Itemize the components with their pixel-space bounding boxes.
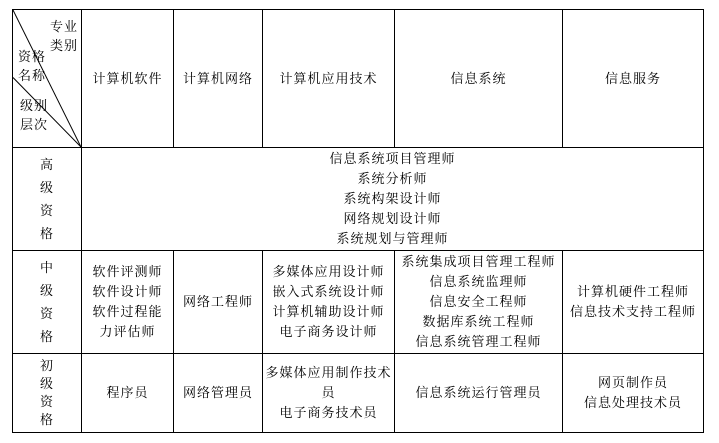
- header-information-service: 信息服务: [563, 10, 704, 148]
- junior-row: 初级资格 程序员 网络管理员 多媒体应用制作技术员 电子商务技术员 信息系统运行…: [13, 354, 704, 433]
- level-cell-senior: 高级资格: [13, 148, 82, 251]
- corner-cell: 专业类别 资格名称 级别层次: [13, 10, 82, 148]
- level-cell-junior: 初级资格: [13, 354, 82, 433]
- senior-row: 高级资格 信息系统项目管理师 系统分析师 系统构架设计师 网络规划设计师 系统规…: [13, 148, 704, 251]
- junior-software-cell: 程序员: [82, 354, 174, 433]
- mid-information-service-cell: 计算机硬件工程师 信息技术支持工程师: [563, 251, 704, 354]
- page-canvas: 专业类别 资格名称 级别层次 计算机软件 计算机网络 计算机应用技术 信息系统 …: [0, 0, 719, 443]
- level-label-junior: 初级资格: [40, 357, 55, 429]
- mid-information-system-cell: 系统集成项目管理工程师 信息系统监理师 信息安全工程师 数据库系统工程师 信息系…: [395, 251, 563, 354]
- header-row: 专业类别 资格名称 级别层次 计算机软件 计算机网络 计算机应用技术 信息系统 …: [13, 10, 704, 148]
- header-information-system: 信息系统: [395, 10, 563, 148]
- junior-application-cell: 多媒体应用制作技术员 电子商务技术员: [263, 354, 395, 433]
- header-computer-application-technology: 计算机应用技术: [263, 10, 395, 148]
- level-cell-intermediate: 中级资格: [13, 251, 82, 354]
- corner-label-category: 专业类别: [48, 17, 80, 55]
- level-label-senior: 高级资格: [40, 153, 55, 245]
- corner-label-qualification-name: 资格名称: [16, 47, 48, 85]
- junior-information-system-cell: 信息系统运行管理员: [395, 354, 563, 433]
- header-computer-software: 计算机软件: [82, 10, 174, 148]
- intermediate-row: 中级资格 软件评测师 软件设计师 软件过程能 力评估师 网络工程师 多媒体应用设…: [13, 251, 704, 354]
- junior-network-cell: 网络管理员: [174, 354, 263, 433]
- mid-software-cell: 软件评测师 软件设计师 软件过程能 力评估师: [82, 251, 174, 354]
- junior-information-service-cell: 网页制作员 信息处理技术员: [563, 354, 704, 433]
- corner-label-level: 级别层次: [18, 96, 50, 134]
- header-computer-network: 计算机网络: [174, 10, 263, 148]
- senior-qualifications-cell: 信息系统项目管理师 系统分析师 系统构架设计师 网络规划设计师 系统规划与管理师: [82, 148, 704, 251]
- level-label-intermediate: 中级资格: [40, 256, 55, 348]
- mid-network-cell: 网络工程师: [174, 251, 263, 354]
- qualification-table: 专业类别 资格名称 级别层次 计算机软件 计算机网络 计算机应用技术 信息系统 …: [12, 9, 704, 433]
- mid-application-cell: 多媒体应用设计师 嵌入式系统设计师 计算机辅助设计师 电子商务设计师: [263, 251, 395, 354]
